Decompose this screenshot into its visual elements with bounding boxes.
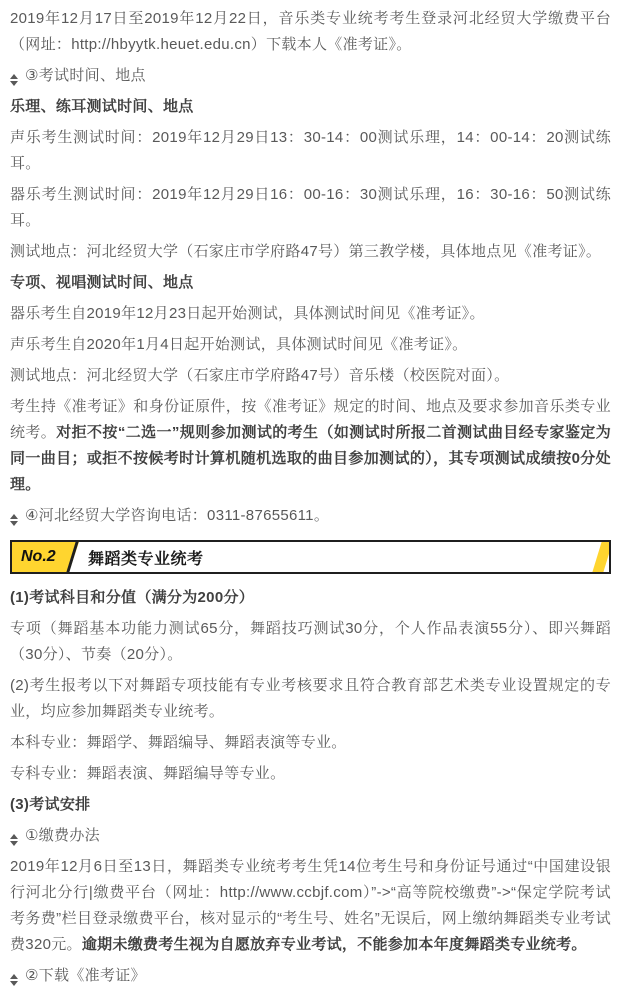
paragraph-college-majors: 专科专业：舞蹈表演、舞蹈编导等专业。 — [10, 761, 611, 787]
banner-section-title: 舞蹈类专业统考 — [88, 546, 204, 569]
bullet-item-label: ①缴费办法 — [25, 827, 100, 844]
paragraph-music-admission-ticket: 2019年12月17日至2019年12月22日，音乐类专业统考考生登录河北经贸大… — [10, 6, 611, 58]
paragraph-instrumental-start-date: 器乐考生自2019年12月23日起开始测试，具体测试时间见《准考证》。 — [10, 301, 611, 327]
article-page: 2019年12月17日至2019年12月22日，音乐类专业统考考生登录河北经贸大… — [0, 0, 621, 1000]
paragraph-vocal-start-date: 声乐考生自2020年1月4日起开始测试，具体测试时间见《准考证》。 — [10, 332, 611, 358]
banner-right-accent — [591, 540, 611, 574]
heading-music-theory-ear-test: 乐理、练耳测试时间、地点 — [10, 94, 611, 120]
paragraph-dance-majors-requirement: (2)考生报考以下对舞蹈专项技能有专业考核要求且符合教育部艺术类专业设置规定的专… — [10, 673, 611, 725]
bullet-item-label: ④河北经贸大学咨询电话：0311-87655611。 — [25, 507, 329, 524]
paragraph-dance-score-breakdown: 专项（舞蹈基本功能力测试65分，舞蹈技巧测试30分，个人作品表演55分）、即兴舞… — [10, 616, 611, 668]
bullet-item-label: ③考试时间、地点 — [25, 67, 146, 84]
diamond-bullet-icon — [10, 514, 18, 526]
diamond-bullet-icon — [10, 74, 18, 86]
section-banner-no2: No.2 舞蹈类专业统考 — [10, 540, 611, 574]
paragraph-bachelor-majors: 本科专业：舞蹈学、舞蹈编导、舞蹈表演等专业。 — [10, 730, 611, 756]
paragraph-payment-instructions: 2019年12月6日至13日，舞蹈类专业统考考生凭14位考生号和身份证号通过“中… — [10, 854, 611, 958]
bullet-item-download-ticket: ②下载《准考证》 — [10, 963, 611, 989]
paragraph-instrumental-test-time: 器乐考生测试时间：2019年12月29日16：00-16：30测试乐理，16：3… — [10, 182, 611, 234]
bullet-item-exam-time-location: ③考试时间、地点 — [10, 63, 611, 89]
bullet-item-consult-phone: ④河北经贸大学咨询电话：0311-87655611。 — [10, 503, 611, 529]
bullet-item-label: ②下载《准考证》 — [25, 967, 146, 984]
heading-special-sightsinging-test: 专项、视唱测试时间、地点 — [10, 270, 611, 296]
heading-dance-subjects-scores: (1)考试科目和分值（满分为200分） — [10, 585, 611, 611]
heading-exam-arrangement: (3)考试安排 — [10, 792, 611, 818]
paragraph-test-location-music-building: 测试地点：河北经贸大学（石家庄市学府路47号）音乐楼（校医院对面）。 — [10, 363, 611, 389]
payment-deadline-bold-text: 逾期未缴费考生视为自愿放弃专业考试，不能参加本年度舞蹈类专业统考。 — [82, 936, 587, 953]
paragraph-test-location-teaching-building: 测试地点：河北经贸大学（石家庄市学府路47号）第三教学楼，具体地点见《准考证》。 — [10, 239, 611, 265]
diamond-bullet-icon — [10, 974, 18, 986]
paragraph-vocal-test-time: 声乐考生测试时间：2019年12月29日13：30-14：00测试乐理，14：0… — [10, 125, 611, 177]
bullet-item-payment-method: ①缴费办法 — [10, 823, 611, 849]
paragraph-exam-rules: 考生持《准考证》和身份证原件，按《准考证》规定的时间、地点及要求参加音乐类专业统… — [10, 394, 611, 498]
diamond-bullet-icon — [10, 834, 18, 846]
exam-rules-bold-text: 对拒不按“二选一”规则参加测试的考生（如测试时所报二首测试曲目经专家鉴定为同一曲… — [10, 424, 611, 493]
